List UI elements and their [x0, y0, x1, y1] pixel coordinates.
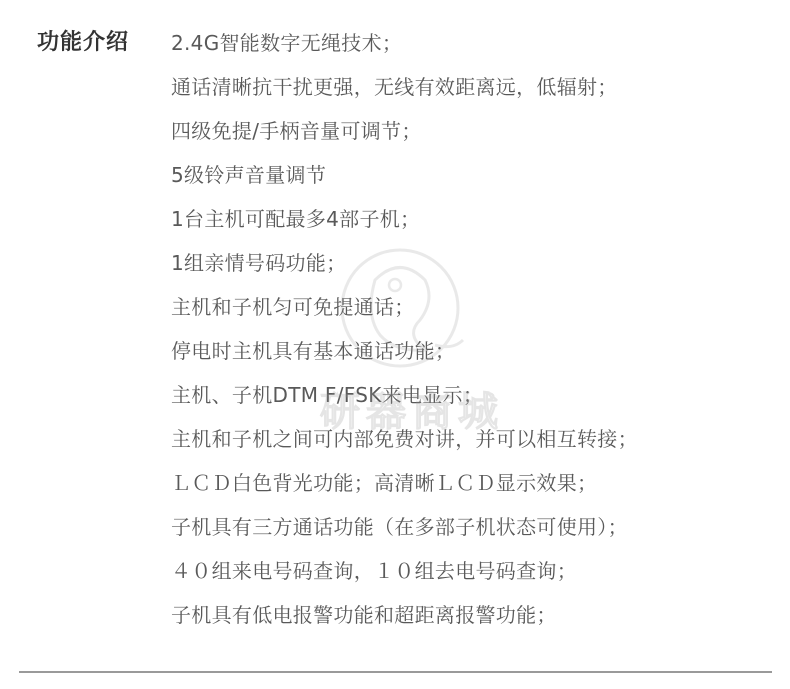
feature-item: 主机、子机DTM F/FSK来电显示；	[171, 378, 638, 422]
feature-item: 子机具有三方通话功能（在多部子机状态可使用）；	[171, 510, 638, 554]
feature-item: 5级铃声音量调节	[171, 158, 638, 202]
feature-item: 停电时主机具有基本通话功能；	[171, 334, 638, 378]
feature-item: 2.4G智能数字无绳技术；	[171, 26, 638, 70]
divider	[19, 671, 772, 673]
feature-item: 四级免提/手柄音量可调节；	[171, 114, 638, 158]
feature-item: 主机和子机匀可免提通话；	[171, 290, 638, 334]
feature-item: 主机和子机之间可内部免费对讲，并可以相互转接；	[171, 422, 638, 466]
feature-item: ４０组来电号码查询，１０组去电号码查询；	[171, 554, 638, 598]
feature-list: 2.4G智能数字无绳技术； 通话清晰抗干扰更强，无线有效距离远，低辐射； 四级免…	[171, 26, 638, 642]
feature-item: 子机具有低电报警功能和超距离报警功能；	[171, 598, 638, 642]
section-title: 功能介绍	[37, 27, 129, 59]
feature-item: 通话清晰抗干扰更强，无线有效距离远，低辐射；	[171, 70, 638, 114]
feature-item: 1组亲情号码功能；	[171, 246, 638, 290]
feature-item: ＬＣＤ白色背光功能；高清晰ＬＣＤ显示效果；	[171, 466, 638, 510]
feature-item: 1台主机可配最多4部子机；	[171, 202, 638, 246]
